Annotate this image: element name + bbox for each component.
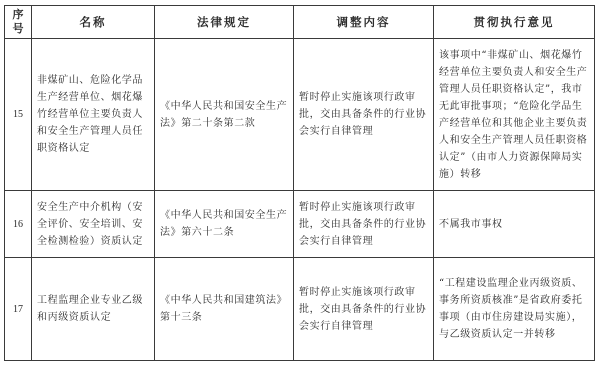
header-adjust: 调整内容	[294, 6, 434, 39]
table-row: 15 非煤矿山、危险化学品生产经营单位、烟花爆竹经营单位主要负责人和安全生产管理…	[5, 39, 595, 191]
header-seq: 序 号	[5, 6, 32, 39]
approval-items-table: 序 号 名称 法律规定 调整内容 贯彻执行意见 15 非煤矿山、危险化学品生产经…	[4, 5, 595, 361]
table-header-row: 序 号 名称 法律规定 调整内容 贯彻执行意见	[5, 6, 595, 39]
row-opinion: “工程建设监理企业丙级资质、事务所资质核准”是省政府委托事项（由市住房建设局实施…	[434, 258, 595, 361]
row-name: 安全生产中介机构（安全评价、安全培训、安全检测检验）资质认定	[32, 191, 155, 258]
row-adjust: 暂时停止实施该项行政审批，交由具备条件的行业协会实行自律管理	[294, 39, 434, 191]
header-seq-line2: 号	[13, 22, 24, 35]
header-opinion: 贯彻执行意见	[434, 6, 595, 39]
header-law: 法律规定	[155, 6, 294, 39]
header-name: 名称	[32, 6, 155, 39]
header-seq-line1: 序	[13, 8, 24, 21]
row-name: 工程监理企业专业乙级和丙级资质认定	[32, 258, 155, 361]
row-law: 《中华人民共和国安全生产法》第二十条第二款	[155, 39, 294, 191]
row-law: 《中华人民共和国建筑法》第十三条	[155, 258, 294, 361]
row-number: 15	[5, 39, 32, 191]
row-opinion: 不属我市事权	[434, 191, 595, 258]
row-name: 非煤矿山、危险化学品生产经营单位、烟花爆竹经营单位主要负责人和安全生产管理人员任…	[32, 39, 155, 191]
row-adjust: 暂时停止实施该项行政审批，交由具备条件的行业协会实行自律管理	[294, 191, 434, 258]
row-law: 《中华人民共和国安全生产法》第六十二条	[155, 191, 294, 258]
table-row: 16 安全生产中介机构（安全评价、安全培训、安全检测检验）资质认定 《中华人民共…	[5, 191, 595, 258]
table-row: 17 工程监理企业专业乙级和丙级资质认定 《中华人民共和国建筑法》第十三条 暂时…	[5, 258, 595, 361]
row-number: 17	[5, 258, 32, 361]
row-opinion: 该事项中“非煤矿山、烟花爆竹经营单位主要负责人和安全生产管理人员任职资格认定”，…	[434, 39, 595, 191]
row-number: 16	[5, 191, 32, 258]
row-adjust: 暂时停止实施该项行政审批，交由具备条件的行业协会实行自律管理	[294, 258, 434, 361]
